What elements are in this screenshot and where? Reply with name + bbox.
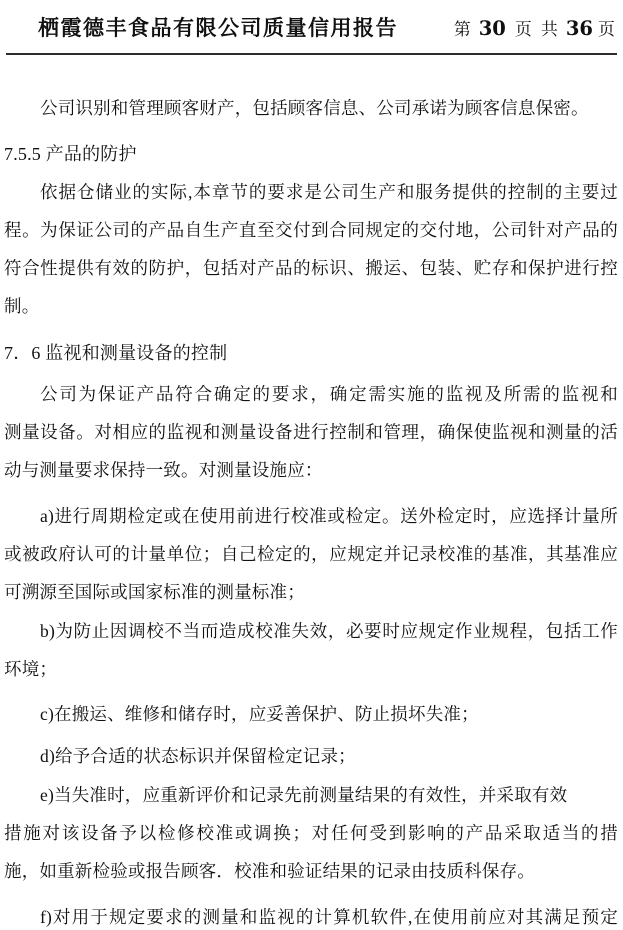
page-label-prefix: 第 — [454, 15, 471, 40]
page-indicator: 第 30 页 共 36 页 — [454, 15, 615, 40]
paragraph-line: 符合性提供有效的防护，包括对产品的标识、搬运、包装、贮存和保护进行控 — [4, 249, 618, 287]
list-item-e-line: e)当失准时，应重新评价和记录先前测量结果的有效性，并采取有效 — [4, 776, 618, 814]
total-unit-label: 页 — [598, 15, 615, 40]
list-item-b-line: b)为防止因调校不当而造成校准失效，必要时应规定作业规程，包括工作 — [4, 612, 618, 650]
paragraph-line: 可溯源至国际或国家标准的测量标准； — [4, 573, 618, 611]
document-body: 公司识别和管理顾客财产，包括顾客信息、公司承诺为顾客信息保密。 7.5.5 产品… — [0, 89, 623, 930]
header-divider — [6, 53, 617, 55]
list-item-a-line: a)进行周期检定或在使用前进行校准或检定。送外检定时，应选择计量所 — [4, 497, 618, 535]
document-page: 栖霞德丰食品有限公司质量信用报告 第 30 页 共 36 页 公司识别和管理顾客… — [0, 0, 623, 930]
section-heading-7-6: 7．6 监视和测量设备的控制 — [4, 334, 618, 372]
page-conjunction-label: 共 — [541, 15, 558, 40]
list-item-f-line: f)对用于规定要求的测量和监视的计算机软件,在使用前应对其满足预定 — [4, 898, 618, 930]
section-heading-7-5-5: 7.5.5 产品的防护 — [4, 135, 618, 173]
list-item-d-line: d)给予合适的状态标识并保留检定记录； — [4, 737, 618, 775]
paragraph-line: 制。 — [4, 287, 618, 325]
paragraph-line: 动与测量要求保持一致。对测量设施应： — [4, 451, 618, 489]
paragraph-line: 措施对该设备予以检修校准或调换；对任何受到影响的产品采取适当的措 — [4, 814, 618, 852]
paragraph-line: 或被政府认可的计量单位；自己检定的，应规定并记录校准的基准，其基准应 — [4, 535, 618, 573]
document-title: 栖霞德丰食品有限公司质量信用报告 — [38, 12, 398, 42]
paragraph-line: 施，如重新检验或报告顾客．校准和验证结果的记录由技质科保存。 — [4, 852, 618, 890]
page-header: 栖霞德丰食品有限公司质量信用报告 第 30 页 共 36 页 — [0, 0, 623, 55]
page-unit-label: 页 — [515, 15, 532, 40]
paragraph-line: 环境； — [4, 650, 618, 688]
list-item-c-line: c)在搬运、维修和储存时，应妥善保护、防止损坏失准； — [4, 695, 618, 733]
header-row: 栖霞德丰食品有限公司质量信用报告 第 30 页 共 36 页 — [6, 10, 617, 44]
total-page-number: 36 — [566, 17, 593, 40]
paragraph-line: 测量设备。对相应的监视和测量设备进行控制和管理，确保使监视和测量的活 — [4, 413, 618, 451]
paragraph-line: 依据仓储业的实际,本章节的要求是公司生产和服务提供的控制的主要过 — [4, 173, 618, 211]
current-page-number: 30 — [479, 17, 506, 40]
paragraph-line: 程。为保证公司的产品自生产直至交付到合同规定的交付地，公司针对产品的 — [4, 211, 618, 249]
paragraph-line: 公司为保证产品符合确定的要求，确定需实施的监视及所需的监视和 — [4, 375, 618, 413]
paragraph-line: 公司识别和管理顾客财产，包括顾客信息、公司承诺为顾客信息保密。 — [4, 89, 618, 127]
